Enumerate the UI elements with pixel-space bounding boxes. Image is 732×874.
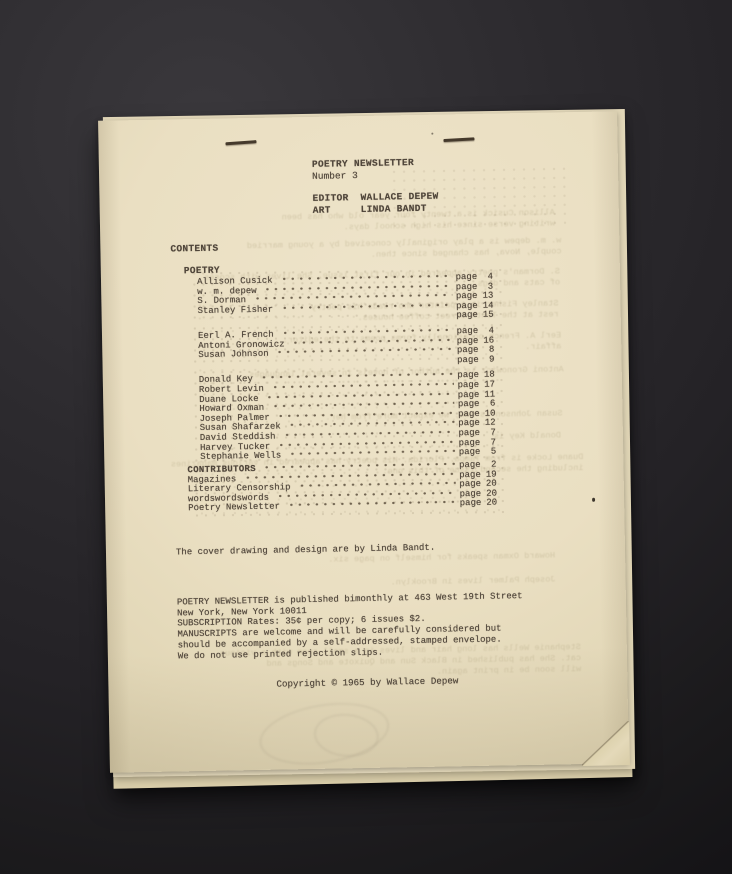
photo-background: Allison Cusick is a twenty four year old… bbox=[0, 0, 732, 874]
ghost-line: affair. bbox=[525, 341, 561, 352]
toc-entry-name: Stephanie Wells bbox=[200, 451, 281, 462]
staple-left bbox=[225, 140, 256, 145]
ghost-line: will soon be in print again. bbox=[437, 664, 582, 677]
page-number: 15 bbox=[483, 310, 494, 320]
publication-info: POETRY NEWSLETTER is published bimonthly… bbox=[177, 591, 524, 662]
dot-leader bbox=[280, 326, 453, 336]
dot-leader bbox=[259, 371, 454, 382]
folded-corner bbox=[581, 721, 630, 766]
page-word: page bbox=[457, 355, 479, 365]
contents-heading: CONTENTS bbox=[170, 243, 218, 255]
cover-credit-note: The cover drawing and design are by Lind… bbox=[176, 543, 435, 558]
poetry-toc-list: Allison Cusickpage4 w. m. depewpage3 S. … bbox=[197, 272, 496, 462]
art-credit: ART LINDA BANDT bbox=[313, 202, 439, 216]
paper-sheet: Allison Cusick is a twenty four year old… bbox=[98, 111, 629, 772]
page-number: 20 bbox=[486, 498, 497, 508]
dot-leader bbox=[296, 480, 455, 490]
page-word: page bbox=[456, 310, 478, 320]
page-number: 9 bbox=[484, 354, 495, 364]
copyright-line: Copyright © 1965 by Wallace Depew bbox=[276, 675, 458, 689]
ghost-line: Donald Key is bbox=[494, 430, 561, 441]
ink-speck bbox=[431, 133, 433, 135]
page-word: page bbox=[459, 447, 481, 457]
ghost-line: couple, Nova, has changed since then. bbox=[371, 246, 562, 259]
masthead: POETRY NEWSLETTER Number 3 EDITOR WALLAC… bbox=[312, 157, 439, 216]
back-matter-list: CONTRIBUTORSpage2 Magazinespage19 Litera… bbox=[187, 460, 497, 514]
ghost-line: Joseph Palmer lives in Brooklyn. bbox=[390, 575, 555, 588]
page-word: page bbox=[460, 498, 482, 508]
page-number: 5 bbox=[485, 447, 496, 457]
ink-speck bbox=[592, 498, 595, 502]
toc-entry-name: Poetry Newsletter bbox=[188, 502, 280, 514]
poetry-section-heading: POETRY bbox=[184, 265, 220, 277]
ghost-line: w. m. depew is a play originally conceiv… bbox=[247, 235, 562, 251]
staple-right bbox=[443, 137, 474, 142]
